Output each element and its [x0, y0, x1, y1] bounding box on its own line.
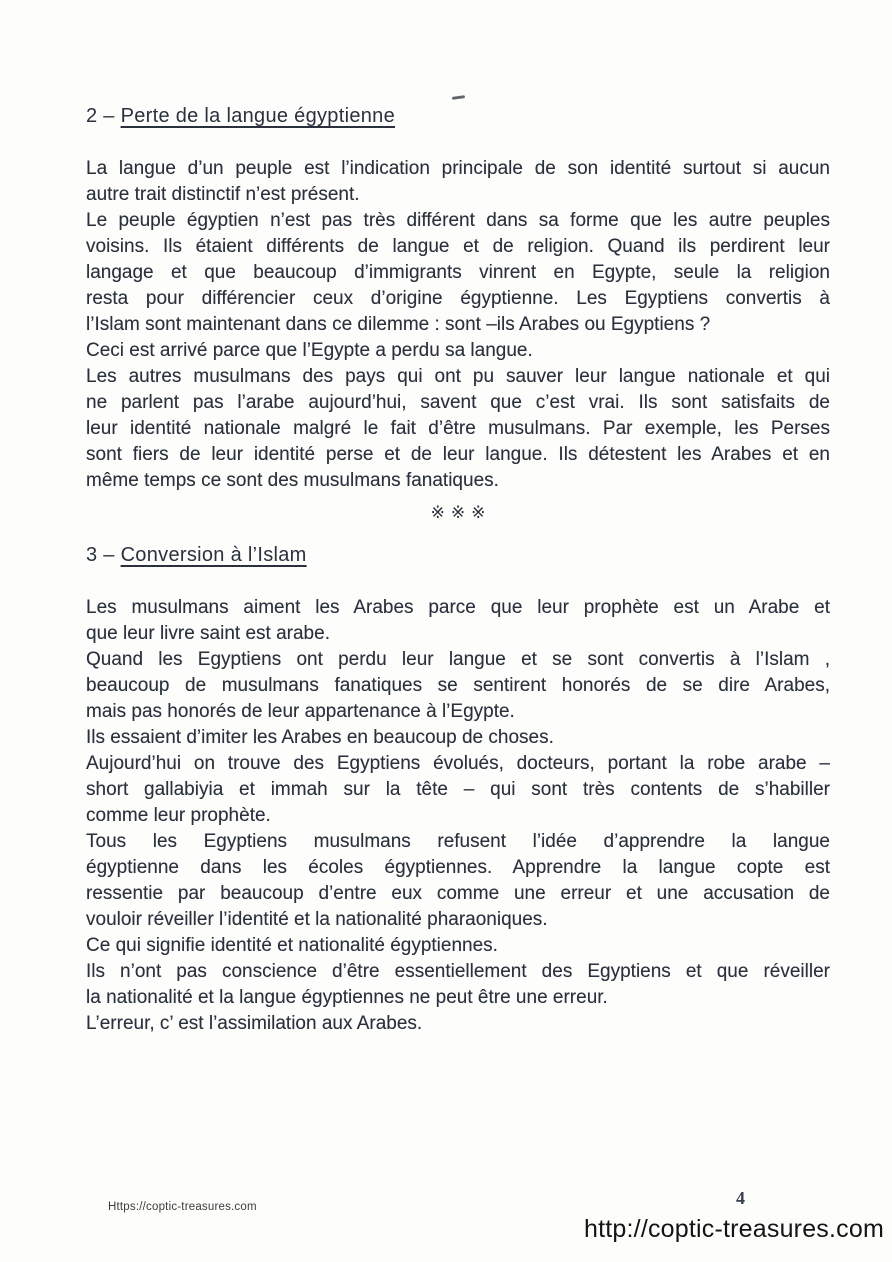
text-line: Le peuple égyptien n’est pas très différ… [86, 208, 830, 234]
text-line: même temps ce sont des musulmans fanatiq… [86, 468, 830, 494]
section-heading: 2 – Perte de la langue égyptienne [86, 103, 830, 129]
section-title: Conversion à l’Islam [121, 544, 307, 566]
text-line: ressentie par beaucoup d’entre eux comme… [86, 881, 830, 907]
section-number: 3 – [86, 544, 121, 566]
text-line: La langue d’un peuple est l’indication p… [86, 156, 830, 182]
text-line: Les autres musulmans des pays qui ont pu… [86, 364, 830, 390]
text-line: Les musulmans aiment les Arabes parce qu… [86, 595, 830, 621]
text-line: mais pas honorés de leur appartenance à … [86, 699, 830, 725]
text-line: voisins. Ils étaient différents de langu… [86, 234, 830, 260]
scan-artifact [452, 95, 465, 100]
section-body: La langue d’un peuple est l’indication p… [86, 156, 830, 494]
text-line: Ils essaient d’imiter les Arabes en beau… [86, 725, 830, 751]
text-line: autre trait distinctif n’est présent. [86, 182, 830, 208]
text-line: Quand les Egyptiens ont perdu leur langu… [86, 647, 830, 673]
text-line: langage et que beaucoup d’immigrants vin… [86, 260, 830, 286]
text-line: short gallabiyia et immah sur la tête – … [86, 777, 830, 803]
document-content: 2 – Perte de la langue égyptienneLa lang… [86, 103, 830, 1037]
text-line: L’erreur, c’ est l’assimilation aux Arab… [86, 1011, 830, 1037]
text-line: que leur livre saint est arabe. [86, 621, 830, 647]
section-title: Perte de la langue égyptienne [121, 105, 395, 127]
text-line: Aujourd’hui on trouve des Egyptiens évol… [86, 751, 830, 777]
text-line: comme leur prophète. [86, 803, 830, 829]
section-body: Les musulmans aiment les Arabes parce qu… [86, 595, 830, 1037]
section-number: 2 – [86, 105, 121, 127]
text-line: la nationalité et la langue égyptiennes … [86, 985, 830, 1011]
section-divider: ※※※ [86, 500, 830, 526]
text-line: Ce qui signifie identité et nationalité … [86, 933, 830, 959]
section-heading: 3 – Conversion à l’Islam [86, 542, 830, 568]
text-line: égyptienne dans les écoles égyptiennes. … [86, 855, 830, 881]
text-line: Ils n’ont pas conscience d’être essentie… [86, 959, 830, 985]
text-line: vouloir réveiller l’identité et la natio… [86, 907, 830, 933]
footer-site-url: http://coptic-treasures.com [584, 1215, 884, 1244]
text-line: resta pour différencier ceux d’origine é… [86, 286, 830, 312]
text-line: ne parlent pas l’arabe aujourd’hui, save… [86, 390, 830, 416]
text-line: Tous les Egyptiens musulmans refusent l’… [86, 829, 830, 855]
text-line: sont fiers de leur identité perse et de … [86, 442, 830, 468]
scanned-document-page: 2 – Perte de la langue égyptienneLa lang… [0, 0, 892, 1262]
text-line: Ceci est arrivé parce que l’Egypte a per… [86, 338, 830, 364]
text-line: beaucoup de musulmans fanatiques se sent… [86, 673, 830, 699]
text-line: leur identité nationale malgré le fait d… [86, 416, 830, 442]
footer-watermark-url: Https://coptic-treasures.com [108, 1201, 257, 1213]
page-number: 4 [736, 1188, 745, 1209]
text-line: l’Islam sont maintenant dans ce dilemme … [86, 312, 830, 338]
